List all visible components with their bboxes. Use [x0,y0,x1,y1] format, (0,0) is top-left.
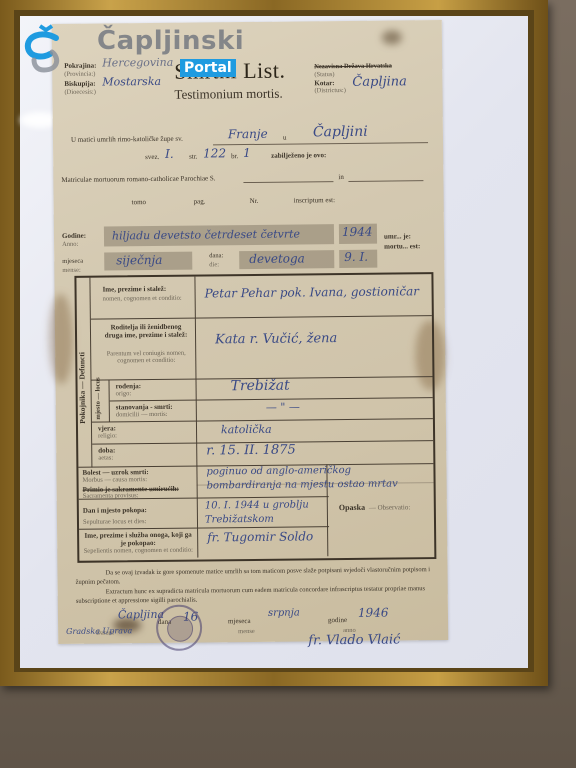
page-value: 122 [203,146,226,160]
nr-label: br. [231,152,238,160]
picture-frame: Pokrajina: Hercegovina (Provincia:) Bisk… [0,0,548,686]
mense-label: mense [238,628,255,635]
district-latin: (Districtus:) [314,87,345,94]
year-label: Godine: [62,232,86,240]
row-latin-buried-by: Sepelientis nomen, cognomen et conditio: [83,547,193,555]
row-label-buried-by: Ime, prezime i služba onoga, koji ga je … [83,531,193,548]
vol-label: svez. [145,153,159,161]
month-label: mjeseca [62,258,83,265]
row-latin-residence: domicilii — mortis: [116,411,168,419]
intro-line-3: Matriculae mortuorum romano-catholicae P… [61,174,215,184]
row-label-age: doba: [98,446,115,454]
row-value-residence: — " — [266,400,300,413]
month-latin: mense: [62,267,80,274]
issue-left-note: Gradska Uprava [66,626,132,636]
priest-signature: fr. Vlado Vlaić [308,632,400,648]
document-subtitle: Testimonium mortis. [174,86,282,103]
row-value-spouse: Kata r. Vučić, žena [215,331,337,347]
day-latin: die: [209,261,219,268]
died-latin: mortu... est: [384,242,420,250]
pag-label: pag. [194,197,206,205]
parish-saint: Franje [228,127,268,141]
intro-recorded: zabilježeno je ovo: [271,151,326,160]
day-label: dana: [209,252,223,259]
row-label-burial: Dan i mjesto pokopa: [83,506,147,515]
fill-line [348,180,423,182]
year-words: hiljadu devetsto četrdeset četvrte [112,227,300,242]
row-latin-birthplace: origo: [116,390,132,397]
row-latin-cause: Morbus — causa mortis: [83,476,148,484]
intro-line-1: U maticì umrlih rimo-katoličke župe sv. [71,135,183,144]
footer-text-latin: Extractum hunc ex supradicta matricula m… [76,584,436,606]
issue-month: srpnja [268,607,300,618]
row-value-cause: poginuo od anglo-američkog bombardiranja… [206,463,428,493]
row-value-age: r. 15. II. 1875 [206,443,296,459]
fill-line [213,142,428,145]
row-latin-sacraments: Sacramenta provisus: [83,492,139,500]
vol-value: I. [165,147,174,161]
row-value-religion: katolička [221,423,272,437]
row-latin-religion: religio: [98,432,117,439]
fill-line [243,181,333,183]
diocese-latin: (Dioecesis:) [64,89,95,96]
row-label-birthplace: rođenja: [116,382,142,390]
year-num: 1944 [342,225,373,239]
portal-badge: Portal [180,59,236,77]
state-label: Nezavisna Država Hrvatska [314,63,392,71]
row-value-birthplace: Trebižat [230,378,289,395]
portal-name: Čapljinski [97,26,244,56]
portal-watermark-logo: Čapljinski Portal [22,22,282,82]
stain [49,294,74,384]
portal-logo-icon [22,24,62,74]
intro-in: in [338,173,344,181]
issue-year: 1946 [358,606,389,620]
row-latin-burial: Sepulturae locus et dies: [83,518,146,526]
row-label-name: Ime, prezime i stalež: [103,285,167,294]
row-label-spouse: Roditelja ili ženidbenog druga ime, prez… [101,323,191,340]
row-value-name: Petar Pehar pok. Ivana, gostioničar [205,284,419,300]
month-value: siječnja [116,253,162,267]
remark-latin: — Observatio: [369,503,411,511]
stain [382,30,402,44]
row-latin-age: aetas: [98,454,113,461]
nr-latin-label: Nr. [250,197,259,205]
day-words: devetoga [249,251,305,266]
parish-place: Čapljini [313,124,368,141]
row-label-religion: vjera: [98,424,116,432]
footer-text-croatian: Da se ovaj izvadak iz gore spomenute mat… [75,565,435,587]
deceased-vertical-label: Pokojnika — Defuncti [77,352,87,424]
tomo-label: tomo [132,198,146,206]
district-value: Čapljina [352,74,407,90]
row-latin-name: nomen, cognomen et conditio: [103,295,191,303]
parish-seal-icon [156,605,202,651]
row-value-burial: 10. I. 1944 u groblju Trebižatskom [205,498,325,527]
year-latin: Anno: [62,241,78,248]
place-vertical-label: mjesto — locus [94,377,101,419]
inscriptum-label: inscriptum est: [294,196,336,204]
district-label: Kotar: [314,79,334,87]
row-value-buried-by: fr. Tugomir Soldo [207,529,313,544]
issue-month-label: mjeseca [228,617,251,625]
issue-year-label: godine [328,616,347,624]
died-label: umr... je: [384,232,411,240]
intro-u: u [283,134,287,142]
remark-label: Opaska [339,503,365,512]
day-num: 9. I. [344,250,368,264]
death-certificate: Pokrajina: Hercegovina (Provincia:) Bisk… [52,20,448,644]
page-label: str. [189,153,197,161]
state-latin: (Status) [314,71,334,78]
row-latin-spouse: Parentum vel coniugis nomen, cognomen et… [101,350,191,365]
nr-value: 1 [243,146,251,160]
